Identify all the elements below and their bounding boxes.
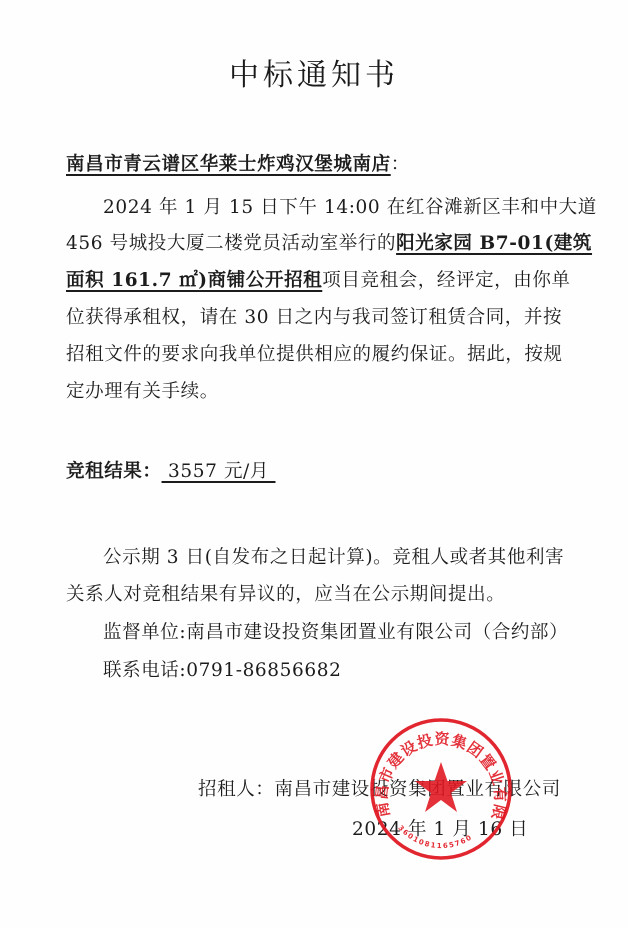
- recipient-name: 南昌市青云谱区华莱士炸鸡汉堡城南店: [66, 154, 391, 175]
- bid-result-value: 3557 元/月: [162, 461, 276, 482]
- para2-line1: 公示期 3 日(自发布之日起计算)。竞租人或者其他利害: [103, 543, 564, 569]
- supervisor-line: 监督单位:南昌市建设投资集团置业有限公司（合约部）: [103, 618, 568, 644]
- recipient-line: 南昌市青云谱区华莱士炸鸡汉堡城南店：: [66, 150, 410, 176]
- para1-line3: 面积 161.7 ㎡)商铺公开招租项目竞租会，经评定，由你单: [66, 266, 571, 292]
- para2-line2: 关系人对竞租结果有异议的，应当在公示期间提出。: [66, 580, 505, 606]
- svg-text:南昌市建设投资集团置业有限公司: 南昌市建设投资集团置业有限公司: [368, 716, 509, 822]
- recipient-colon: ：: [391, 154, 410, 175]
- bid-result-line: 竞租结果： 3557 元/月: [66, 457, 275, 483]
- para1-line1: 2024 年 1 月 15 日下午 14:00 在红谷滩新区丰和中大道: [103, 193, 597, 219]
- para1-line6: 定办理有关手续。: [66, 377, 219, 403]
- seal-arc-text: 南昌市建设投资集团置业有限公司: [368, 716, 509, 822]
- para1-line4: 位获得承租权，请在 30 日之内与我司签订租赁合同，并按: [66, 303, 562, 329]
- project-name-part2: 面积 161.7 ㎡)商铺公开招租: [66, 270, 322, 291]
- contact-phone-line: 联系电话:0791-86856682: [103, 656, 342, 682]
- project-name-part1: 阳光家园 B7-01(建筑: [396, 233, 592, 254]
- para1-line2-prefix: 456 号城投大厦二楼党员活动室举行的: [66, 233, 396, 254]
- lessor-signature: 招租人：南昌市建设投资集团置业有限公司: [198, 775, 561, 801]
- para1-line3-suffix: 项目竞租会，经评定，由你单: [322, 270, 570, 291]
- bid-result-label: 竞租结果：: [66, 461, 162, 482]
- para1-line2: 456 号城投大厦二楼党员活动室举行的阳光家园 B7-01(建筑: [66, 229, 592, 255]
- signature-date: 2024 年 1 月 16 日: [352, 815, 528, 841]
- document-title: 中标通知书: [0, 50, 628, 94]
- notice-page: 中标通知书 南昌市青云谱区华莱士炸鸡汉堡城南店： 2024 年 1 月 15 日…: [0, 0, 628, 928]
- para1-line5: 招租文件的要求向我单位提供相应的履约保证。据此，按规: [66, 340, 563, 366]
